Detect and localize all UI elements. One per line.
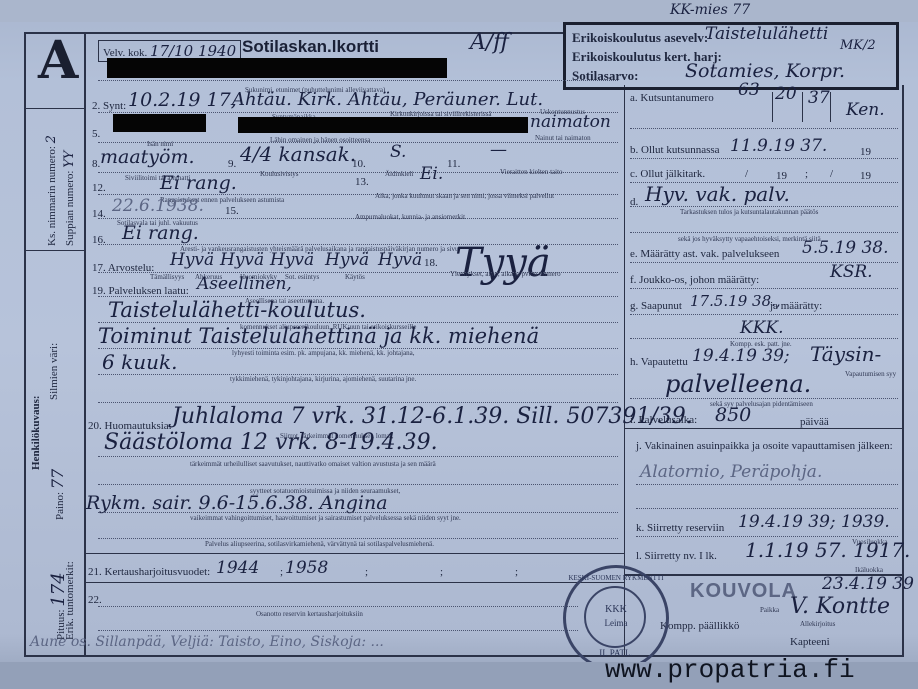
rule xyxy=(98,80,618,81)
special-asevelv-label: Erikoiskoulutus asevelv: xyxy=(572,30,708,46)
left-cell-divider xyxy=(24,108,84,109)
company-commander-label: Kompp. päällikkö xyxy=(660,620,739,632)
e-label: e. Määrätty ast. vak. palvelukseen xyxy=(630,248,779,260)
f18-number: 18. xyxy=(424,257,438,269)
f10-caption: Äidinkieli xyxy=(385,170,413,178)
f20-caption-5: Palvelus aliupseerina, sotilasvirkamiehe… xyxy=(205,540,434,548)
separator: ; xyxy=(515,566,518,578)
c-val: 19 xyxy=(860,170,871,182)
unit-assigned: KSR. xyxy=(830,262,873,282)
officer-signature: V. Kontte xyxy=(790,594,890,619)
b-label: b. Ollut kutsunnassa xyxy=(630,144,720,156)
f19-caption-4: tykkimiehenä, tykinjohtajana, kirjurina,… xyxy=(230,375,416,383)
frame-divider xyxy=(84,32,86,657)
ks-label: Ks. nimmarin numero: xyxy=(46,146,58,246)
left-cell-divider xyxy=(24,250,84,251)
release-date: 19.4.19 39; xyxy=(692,346,790,366)
f8-number: 8. xyxy=(92,158,100,170)
languages-value: — xyxy=(490,140,507,160)
rule xyxy=(630,158,898,159)
arrest-value: Ei rang. xyxy=(122,222,199,244)
c-val: 19 xyxy=(776,170,787,182)
bottom-note: Aune os. Sillanpää, Veljiä: Taisto, Eino… xyxy=(30,634,384,650)
f22-caption: Osanotto reservin kertausharjoituksiin xyxy=(256,610,363,618)
card-title: Sotilaskan.lkortti xyxy=(242,37,379,57)
place-caption: Paikka xyxy=(760,606,779,614)
f15-caption: Ampumaluokat, kunnia- ja ansiomerkit xyxy=(355,213,465,221)
stamp-ring-text: KESKI-SUOMEN RYKMENTTI xyxy=(566,574,666,582)
refresher-year-1: 1944 xyxy=(216,558,259,578)
redacted-relative xyxy=(238,117,528,133)
assigned-date: 5.5.19 38. xyxy=(802,238,889,258)
rating-value-4: Hyvä xyxy=(325,250,369,270)
g-label: g. Saapunut xyxy=(630,300,682,312)
remarks-savings-leave: Säästöloma 12 vrk. 8-19.4.39. xyxy=(104,430,438,455)
rule xyxy=(98,296,618,297)
f15-number: 15. xyxy=(225,205,239,217)
rule xyxy=(98,142,618,143)
rule xyxy=(636,484,898,485)
special-asevelv-value: Taistelulähetti xyxy=(705,24,828,44)
service-type-value: Aseellinen, xyxy=(197,274,292,294)
rating-caption-5: Käytös xyxy=(345,273,365,281)
h-caption: Vapautumisen syy xyxy=(845,370,896,378)
redacted-name xyxy=(107,58,447,78)
mother-tongue-value: S. xyxy=(390,142,406,162)
scanned-document: A Velv. kok. 17/10 1940 Sotilaskan.lkort… xyxy=(0,0,918,689)
service-training: Taistelulähetti-koulutus. xyxy=(108,298,366,322)
rule xyxy=(98,402,618,403)
stamp-inner-ring xyxy=(584,586,646,648)
rank-value: Sotamies, Korpr. xyxy=(685,60,845,82)
company-value: KKK. xyxy=(740,318,784,338)
f5-number: 5. xyxy=(92,128,100,140)
section-divider xyxy=(86,582,624,583)
oath-date: 22.6.1938. xyxy=(112,196,204,216)
cell-divider xyxy=(830,92,831,122)
birth-place: Ahtäu. Kirk. Ahtäu, Peräuner. Lut. xyxy=(232,89,543,110)
arrival-date: 17.5.19 38., xyxy=(690,292,781,310)
f-label: f. Joukko-os, johon määrätty: xyxy=(630,274,759,286)
i-unit: päivää xyxy=(800,416,829,428)
f9-caption: Koulusivistys xyxy=(260,170,299,178)
rule xyxy=(98,538,618,539)
f22-number: 22. xyxy=(88,594,102,606)
cell-divider xyxy=(772,92,773,122)
a-label: a. Kutsuntanumero xyxy=(630,92,714,104)
paino-value: 77 xyxy=(48,469,67,489)
release-reason-2: palvelleena. xyxy=(665,370,811,398)
rule xyxy=(636,536,898,537)
f9-number: 9. xyxy=(228,158,236,170)
stamp-center-bottom: Leima xyxy=(566,618,666,628)
h-label: h. Vapautettu xyxy=(630,356,688,368)
f18-caption: Ylennykset, arvo, aika ja pvk:n numero xyxy=(450,270,561,278)
reserve-date: 19.4.19 39; 1939. xyxy=(738,512,890,532)
separator: ; xyxy=(365,566,368,578)
rule xyxy=(630,206,898,207)
frame-left xyxy=(24,32,26,657)
f11-caption: Vieraitten kielten taito xyxy=(500,168,563,176)
suppi-field: Suppian numero: YY xyxy=(62,151,77,246)
erik-label: Erik. tuntomerkit: xyxy=(64,561,76,640)
l-caption: Ikäluokka xyxy=(855,566,883,574)
separator: ; xyxy=(280,566,283,578)
rating-value-1: Hyvä xyxy=(170,250,214,270)
f20-caption-2: tärkeimmät urheilulliset saavutukset, na… xyxy=(190,460,436,468)
j-label: j. Vakinainen asuinpaikka ja osoite vapa… xyxy=(636,440,893,452)
suppi-label: Suppian numero: xyxy=(64,171,76,246)
call-date: 11.9.19 37. xyxy=(730,136,827,156)
cell-divider xyxy=(802,92,803,122)
ks-field: Ks. nimmarin numero: 2 xyxy=(44,135,59,246)
silmien-label: Silmien väri: xyxy=(48,343,60,400)
rule xyxy=(630,314,898,315)
card-letter: A xyxy=(38,30,78,91)
rule xyxy=(630,398,898,399)
section-divider xyxy=(86,553,624,554)
residence-value: Alatornio, Peräpohja. xyxy=(640,462,822,482)
prior-punishments-value: Ei rang. xyxy=(160,172,237,194)
section-divider xyxy=(624,428,904,429)
signing-date: 23.4.19 39 xyxy=(822,574,914,594)
call-number-2: 20 xyxy=(775,84,797,104)
inspection-result: Hyv. vak. palv. xyxy=(645,182,790,206)
remarks-illness: Rykm. sair. 9.6-15.6.38. Angina xyxy=(86,492,388,514)
rating-caption-1: Tämällisyys xyxy=(150,273,184,281)
rule xyxy=(98,606,578,607)
rule xyxy=(630,288,898,289)
prior-service-value: Ei. xyxy=(420,164,443,184)
separator: ; xyxy=(440,566,443,578)
suppi-value: YY xyxy=(62,151,77,168)
rule xyxy=(98,630,578,631)
f21-label: 21. Kertausharjoitusvuodet: xyxy=(88,566,210,578)
frame-right xyxy=(902,85,904,655)
f10-number: 10. xyxy=(352,158,366,170)
occupation-value: maatyöm. xyxy=(100,146,195,168)
call-number-4: Ken. xyxy=(846,100,885,120)
promotion-signature: Tyyä xyxy=(455,240,551,286)
rule xyxy=(636,508,898,509)
g-label-2: ja määrätty: xyxy=(770,300,822,312)
birth-label: 2. Synt: xyxy=(92,100,126,112)
refresher-year-2: 1958 xyxy=(285,558,328,578)
i-label: i. Palvelusaika: xyxy=(630,414,697,426)
marital-value: naimaton xyxy=(530,112,611,132)
f13-caption: Aika, jonka kuulunut skaan ja sen nimi, … xyxy=(375,192,554,200)
rule xyxy=(630,128,898,129)
rating-value-2: Hyvä xyxy=(220,250,264,270)
f13-number: 13. xyxy=(355,176,369,188)
l-label: l. Siirretty nv. I lk. xyxy=(636,550,717,562)
call-number-3: 37 xyxy=(808,88,830,108)
rule xyxy=(630,338,898,339)
rating-value-5: Hyvä xyxy=(378,250,422,270)
service-duties: Toiminut Taistelulähettinä ja kk. miehen… xyxy=(98,324,539,348)
special-box-note: MK/2 xyxy=(840,38,876,53)
service-duration: 6 kuuk. xyxy=(102,350,177,374)
reserve-class-date: 1.1.19 57. 1917. xyxy=(745,538,910,562)
d-caption-2: sekä jos hyväksytty vapaaehtoiseksi, mer… xyxy=(678,235,821,243)
c-val: ; xyxy=(805,168,808,180)
stamp-center-top: KKK xyxy=(566,604,666,615)
rule xyxy=(98,456,618,457)
erik-field: Erik. tuntomerkit: xyxy=(64,561,76,640)
officer-rank: Kapteeni xyxy=(790,636,830,648)
c-val: / xyxy=(745,168,748,180)
rule xyxy=(98,484,618,485)
c-label: c. Ollut jälkitark. xyxy=(630,168,705,180)
service-days: 850 xyxy=(715,404,751,426)
scan-top-edge xyxy=(0,0,918,22)
c-val: / xyxy=(830,168,833,180)
k-label: k. Siirretty reserviin xyxy=(636,522,724,534)
call-number-1: 63 xyxy=(738,80,760,100)
f7-caption: Nainut tai naimaton xyxy=(535,134,591,142)
sign-caption: Allekirjoitus xyxy=(800,620,835,628)
paino-field: Paino: 77 xyxy=(48,469,67,520)
watermark: www.propatria.fi xyxy=(605,655,855,685)
rule xyxy=(98,512,618,513)
birth-date: 10.2.19 17, xyxy=(128,89,237,111)
education-value: 4/4 kansak. xyxy=(240,142,356,166)
d-caption: Tarkastuksen tulos ja kutsuntalautakunna… xyxy=(680,208,818,216)
b-year2: 19 xyxy=(860,146,871,158)
remarks-leave: Juhlaloma 7 vrk. 31.12-6.1.39. Sill. 507… xyxy=(172,404,693,429)
rank-label: Sotilasarvo: xyxy=(572,68,638,84)
rule xyxy=(630,232,898,233)
f12-number: 12. xyxy=(92,182,106,194)
top-right-note: KK-mies 77 xyxy=(670,2,750,18)
release-reason: Täysin- xyxy=(810,342,881,366)
henkilo-label: Henkilökuvaus: xyxy=(30,395,42,470)
place-stamp: KOUVOLA xyxy=(690,580,797,603)
f11-number: 11. xyxy=(447,158,460,170)
redacted-father xyxy=(113,114,206,132)
paino-label: Paino: xyxy=(54,492,66,520)
ks-value: 2 xyxy=(44,135,59,143)
rating-value-3: Hyvä xyxy=(270,250,314,270)
f20-caption-4: vaikeimmat vahingoittumiset, haavoittumi… xyxy=(190,514,461,522)
top-scribble: A/ff xyxy=(470,30,509,55)
f19-caption-3: lyhyesti toiminta esim. pk. ampujana, kk… xyxy=(232,349,415,357)
